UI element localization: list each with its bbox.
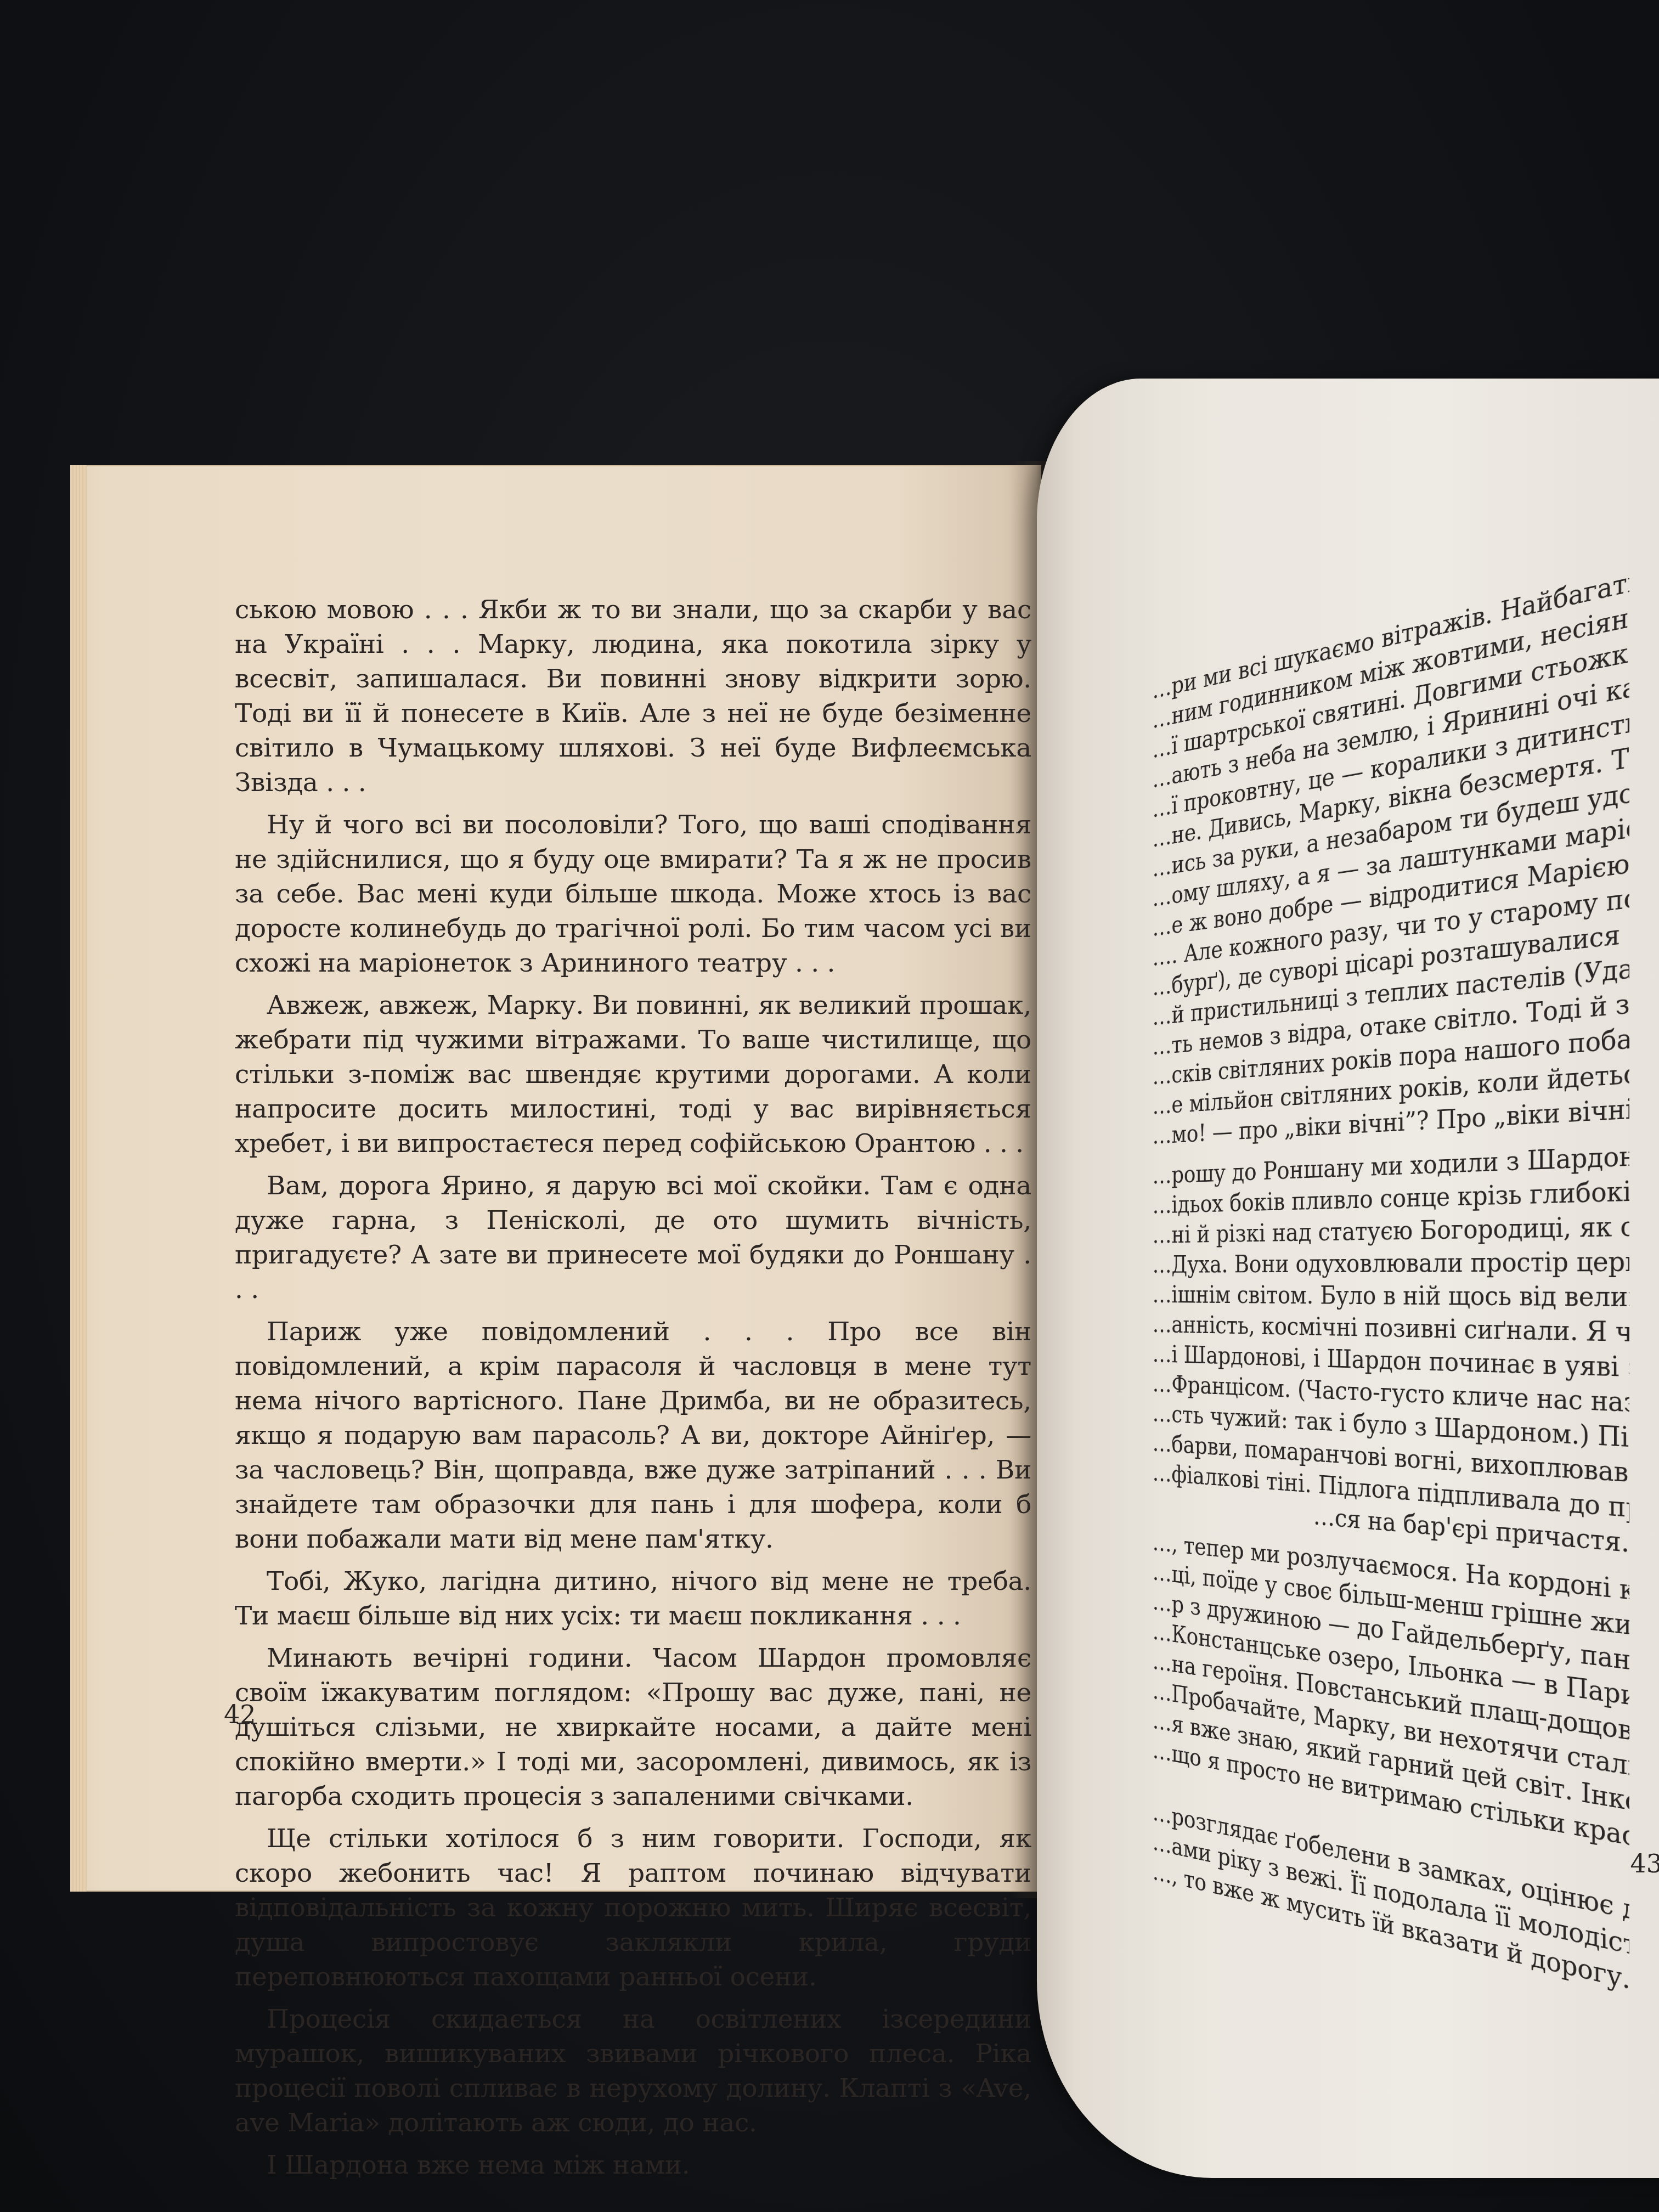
right-page: …ри ми всі шукаємо вітражів. Найбагатші …	[1037, 379, 1659, 2178]
paragraph: Ще стільки хотілося б з ним говорити. Го…	[235, 1821, 1031, 1994]
paragraph: Авжеж, авжеж, Марку. Ви повинні, як вели…	[235, 988, 1031, 1161]
page-number: 43	[1630, 1849, 1659, 1878]
text-line: …ішнім світом. Було в ній щось від велик…	[1153, 1279, 1629, 1314]
left-page-text: ською мовою . . . Якби ж то ви знали, що…	[235, 592, 1031, 2182]
paragraph: Вам, дорога Ярино, я дарую всі мої скойк…	[235, 1169, 1031, 1307]
paragraph: Париж уже повідомлений . . . Про все він…	[235, 1314, 1031, 1556]
paragraph: ською мовою . . . Якби ж то ви знали, що…	[235, 592, 1031, 800]
paragraph: І Шардона вже нема між нами.	[235, 2148, 1031, 2182]
right-page-text: …ри ми всі шукаємо вітражів. Найбагатші …	[1153, 565, 1629, 1997]
paragraph: Минають вечірні години. Часом Шардон про…	[235, 1641, 1031, 1814]
page-number: 42	[224, 1700, 256, 1729]
left-page: ською мовою . . . Якби ж то ви знали, що…	[70, 465, 1041, 1892]
paragraph: Процесія скидається на освітлених ізсере…	[235, 2002, 1031, 2140]
paragraph: Тобі, Жуко, лагідна дитино, нічого від м…	[235, 1564, 1031, 1633]
text-line: …Духа. Вони одуховлювали простір церковц…	[1153, 1244, 1629, 1279]
paragraph: Ну й чого всі ви посоловіли? Того, що ва…	[235, 808, 1031, 980]
open-book: ською мовою . . . Якби ж то ви знали, що…	[0, 0, 1659, 2212]
